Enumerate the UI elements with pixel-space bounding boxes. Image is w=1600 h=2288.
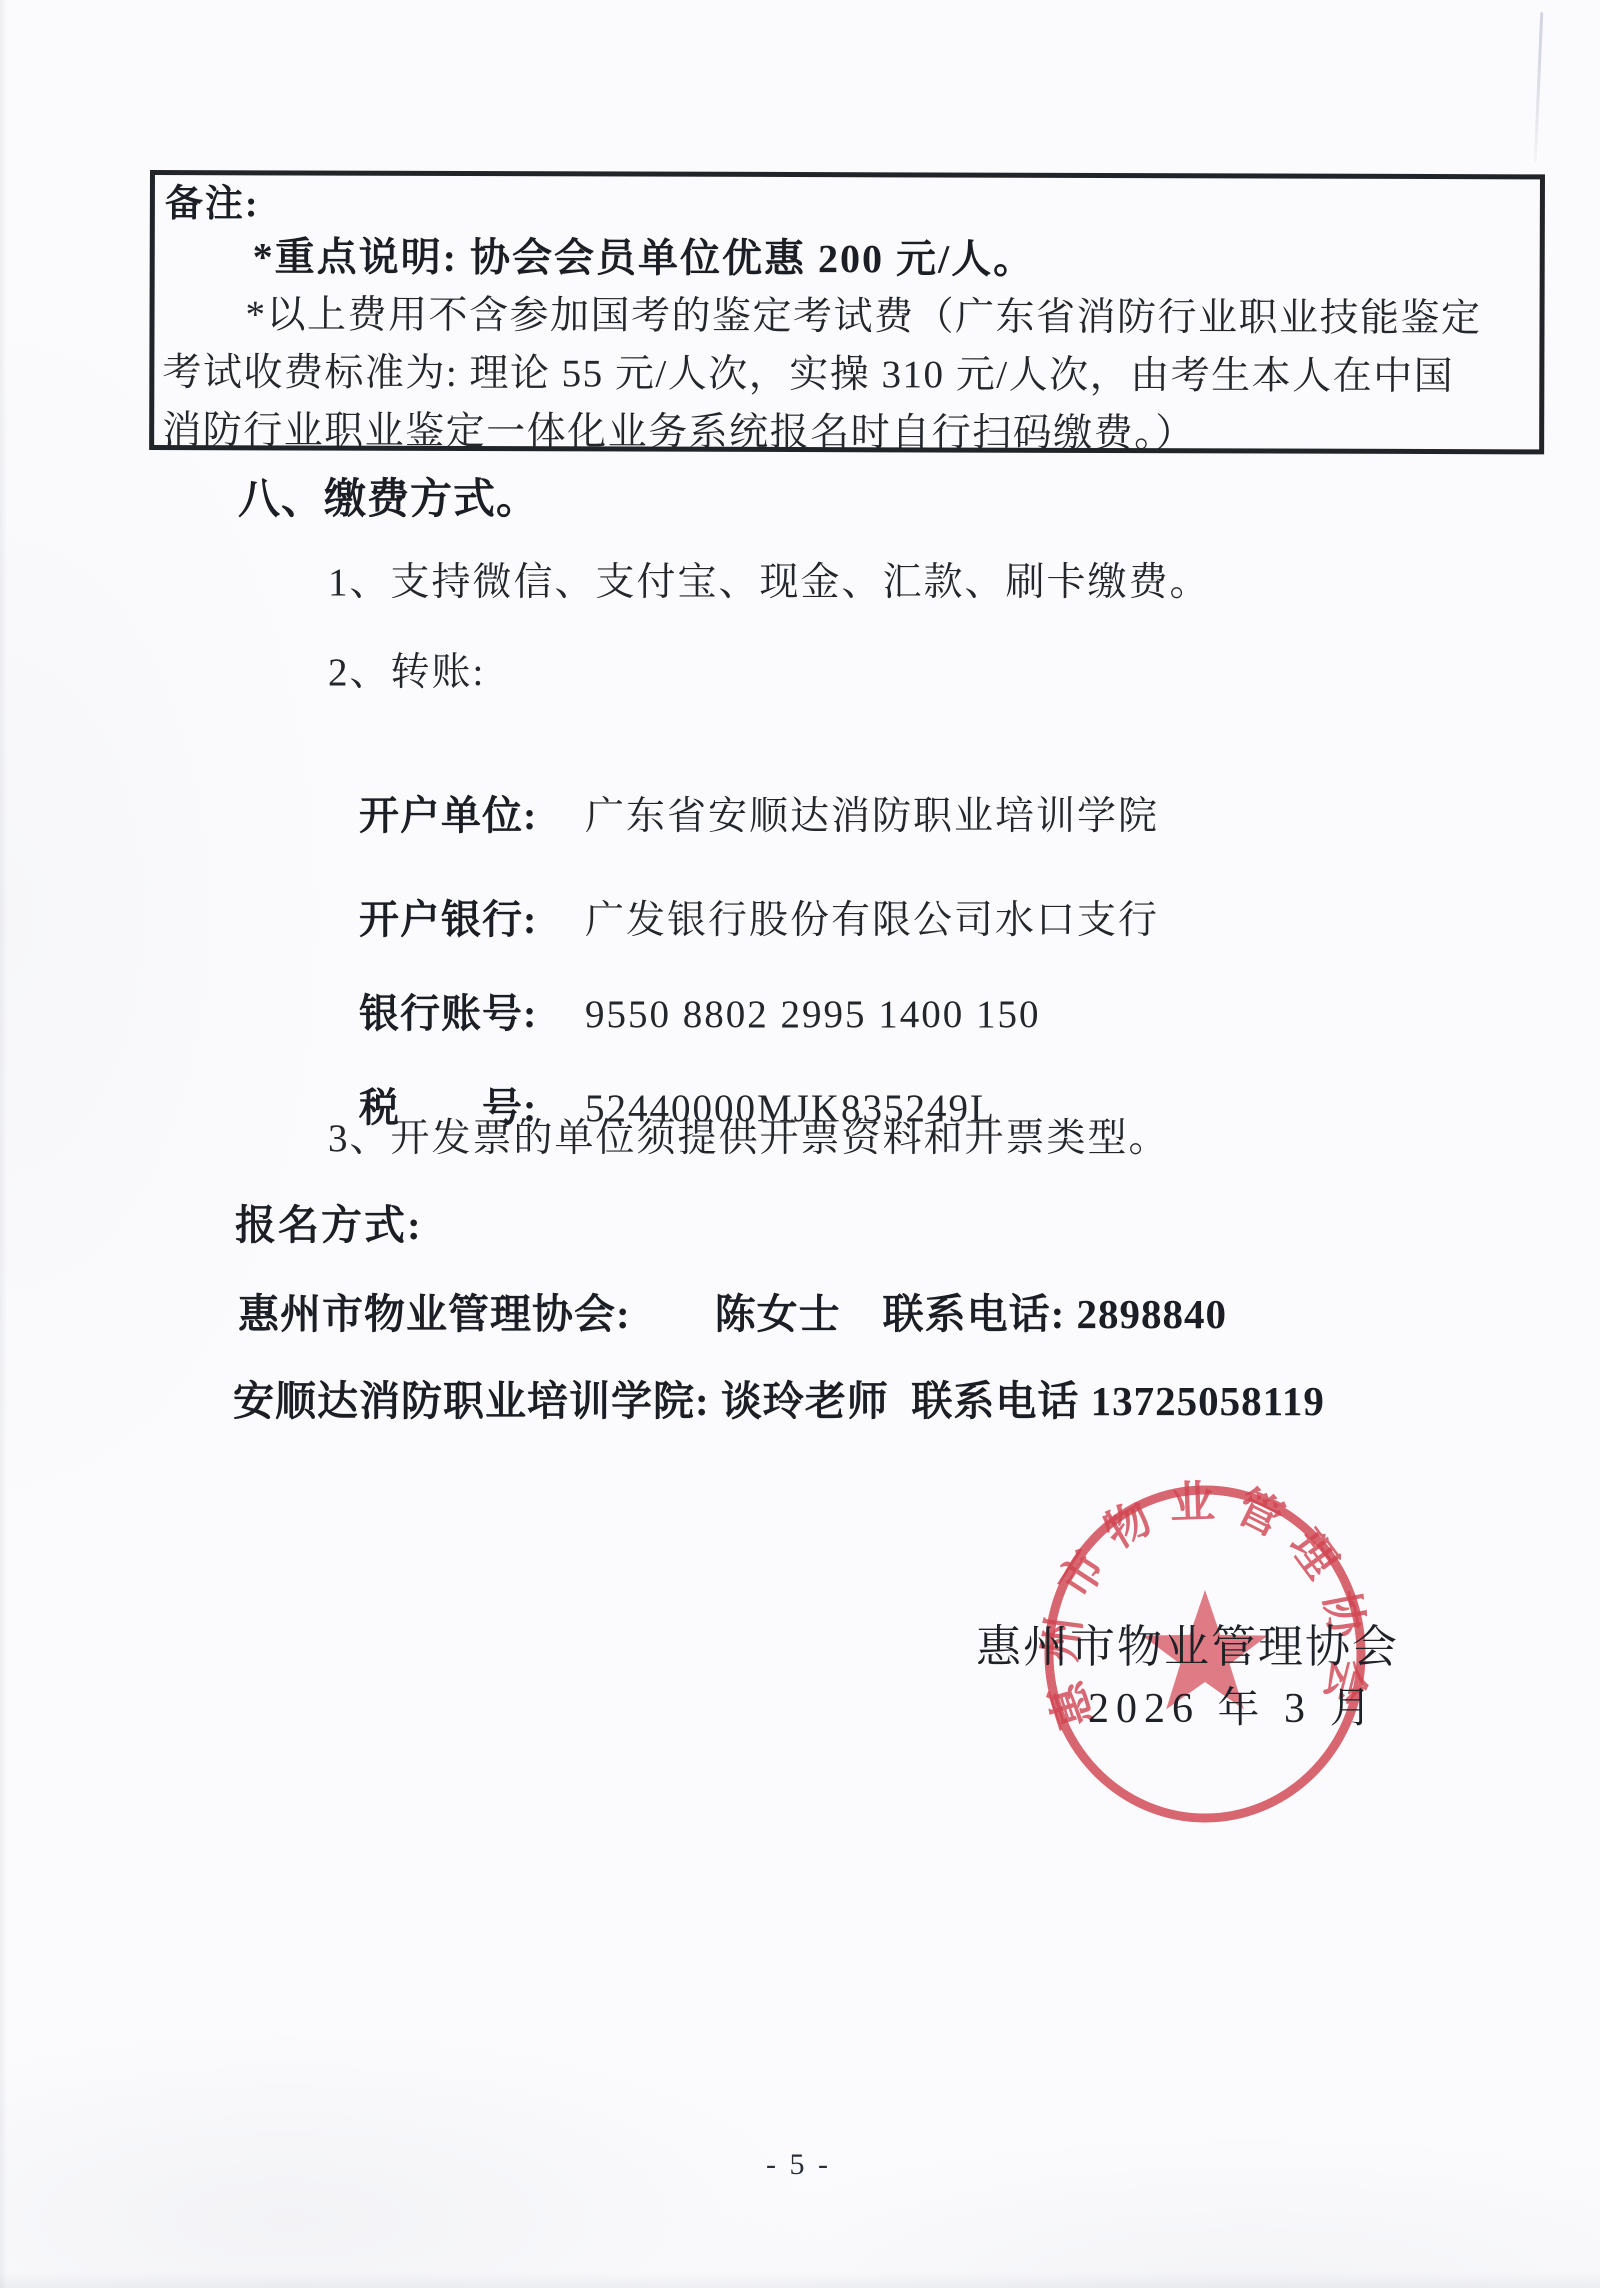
bank-label: 开户单位: bbox=[359, 784, 561, 841]
remark-body-line: 消防行业职业鉴定一体化业务系统报名时自行扫码缴费。） bbox=[162, 409, 1196, 457]
payment-item-2: 2、转账: bbox=[328, 651, 485, 696]
document-page: 备注: *重点说明: 协会会员单位优惠 200 元/人。 *以上费用不含参加国考… bbox=[0, 0, 1600, 2288]
signature-date: 2026 年 3 月 bbox=[1088, 1685, 1379, 1733]
bank-value: 广发银行股份有限公司水口支行 bbox=[585, 899, 1159, 942]
signature-organization: 惠州市物业管理协会 bbox=[976, 1622, 1399, 1674]
payment-item-1: 1、支持微信、支付宝、现金、汇款、刷卡缴费。 bbox=[328, 561, 1211, 606]
remark-box: 备注: *重点说明: 协会会员单位优惠 200 元/人。 *以上费用不含参加国考… bbox=[149, 170, 1545, 454]
section-heading: 八、缴费方式。 bbox=[238, 476, 539, 524]
bank-value: 广东省安顺达消防职业培训学院 bbox=[585, 795, 1159, 838]
remark-body-line: *以上费用不含参加国考的鉴定考试费（广东省消防行业职业技能鉴定 bbox=[245, 293, 1481, 342]
registration-contact-association: 惠州市物业管理协会: 陈女士 联系电话: 2898840 bbox=[238, 1291, 1227, 1338]
remark-highlight: *重点说明: 协会会员单位优惠 200 元/人。 bbox=[253, 234, 1036, 282]
remark-body-line: 考试收费标准为: 理论 55 元/人次，实操 310 元/人次，由考生本人在中国 bbox=[162, 351, 1454, 400]
page-number: - 5 - bbox=[766, 2148, 831, 2183]
scan-crease-artifact bbox=[1534, 12, 1544, 162]
registration-contact-academy: 安顺达消防职业培训学院: 谈玲老师 联系电话 13725058119 bbox=[233, 1378, 1325, 1425]
payment-item-3: 3、开发票的单位须提供开票资料和开票类型。 bbox=[328, 1117, 1170, 1162]
registration-heading: 报名方式: bbox=[235, 1202, 423, 1249]
remark-title: 备注: bbox=[165, 183, 260, 227]
bank-value: 9550 8802 2995 1400 150 bbox=[585, 993, 1041, 1036]
